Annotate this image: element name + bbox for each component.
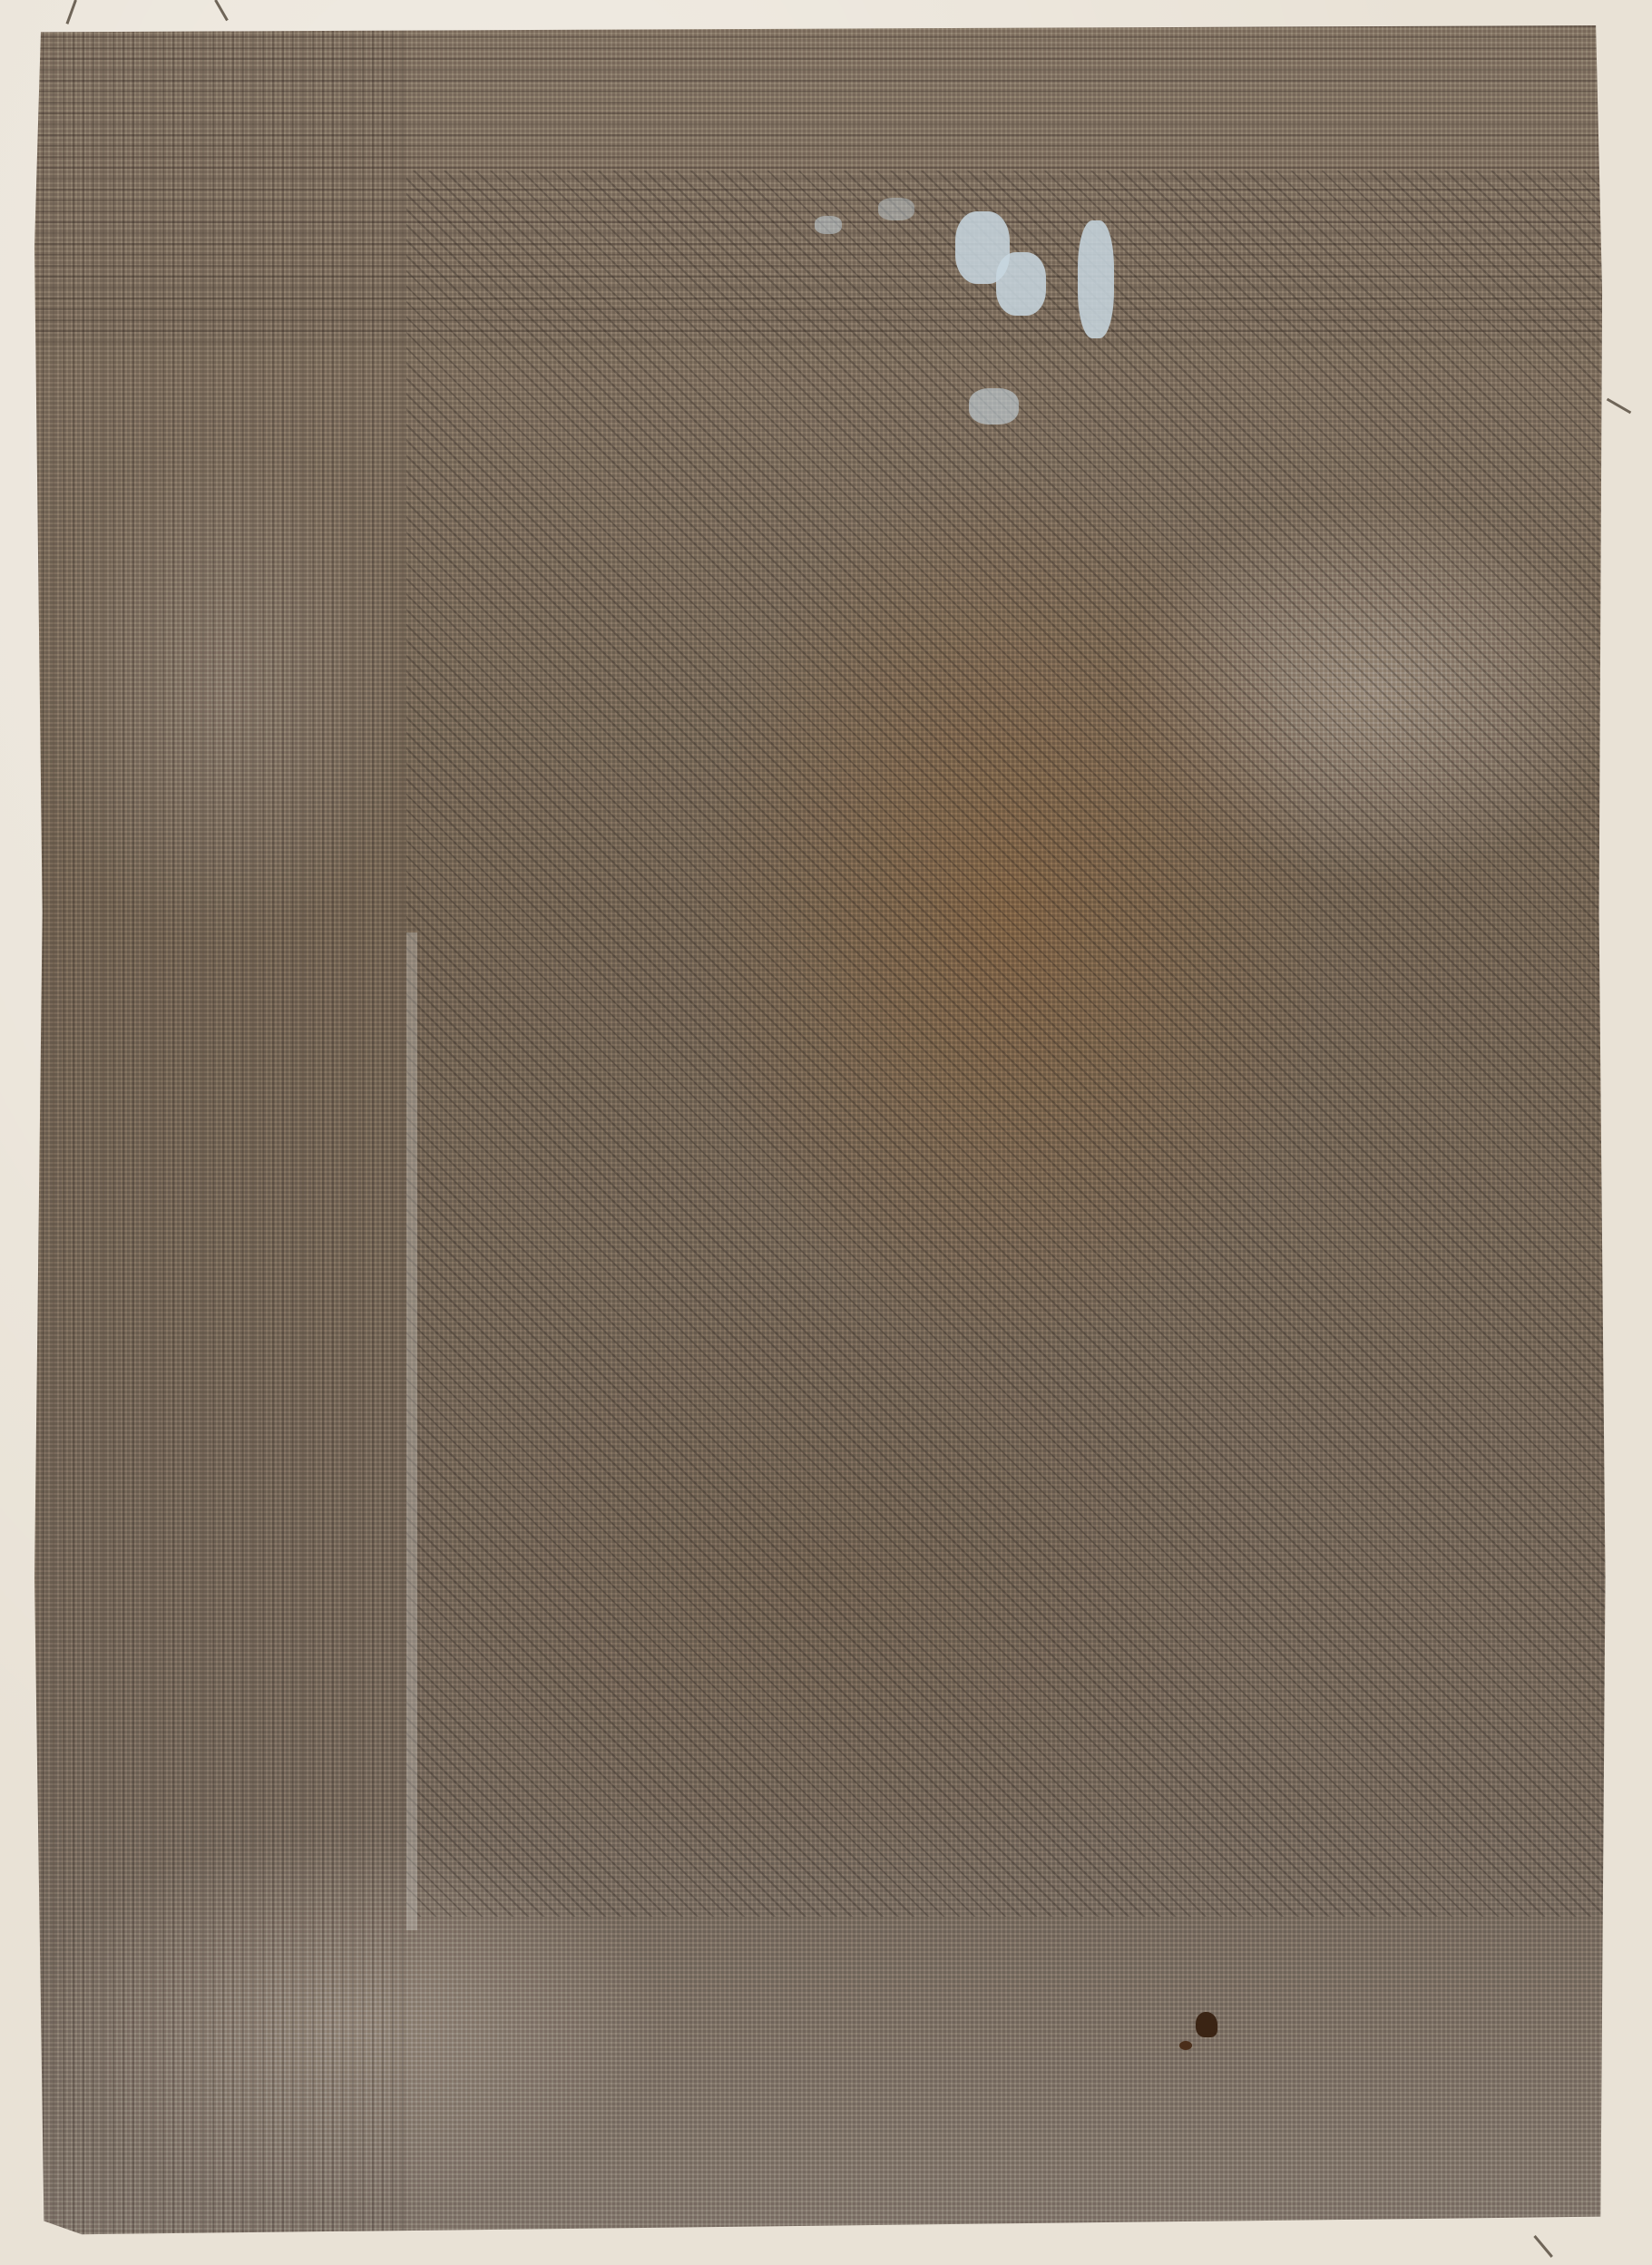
paint-fleck (815, 216, 842, 234)
paint-fleck (996, 252, 1046, 316)
horizontal-hatching (34, 25, 1608, 352)
dark-stain (1196, 2012, 1217, 2037)
vertical-hatching (34, 25, 406, 2243)
paint-fleck (878, 198, 914, 220)
linen-canvas (34, 25, 1608, 2243)
paint-fleck (1078, 220, 1114, 338)
dark-stain (1179, 2041, 1192, 2050)
paint-fleck (969, 388, 1019, 425)
light-edge-line (406, 932, 417, 1930)
diagonal-hatching (406, 171, 1608, 1917)
